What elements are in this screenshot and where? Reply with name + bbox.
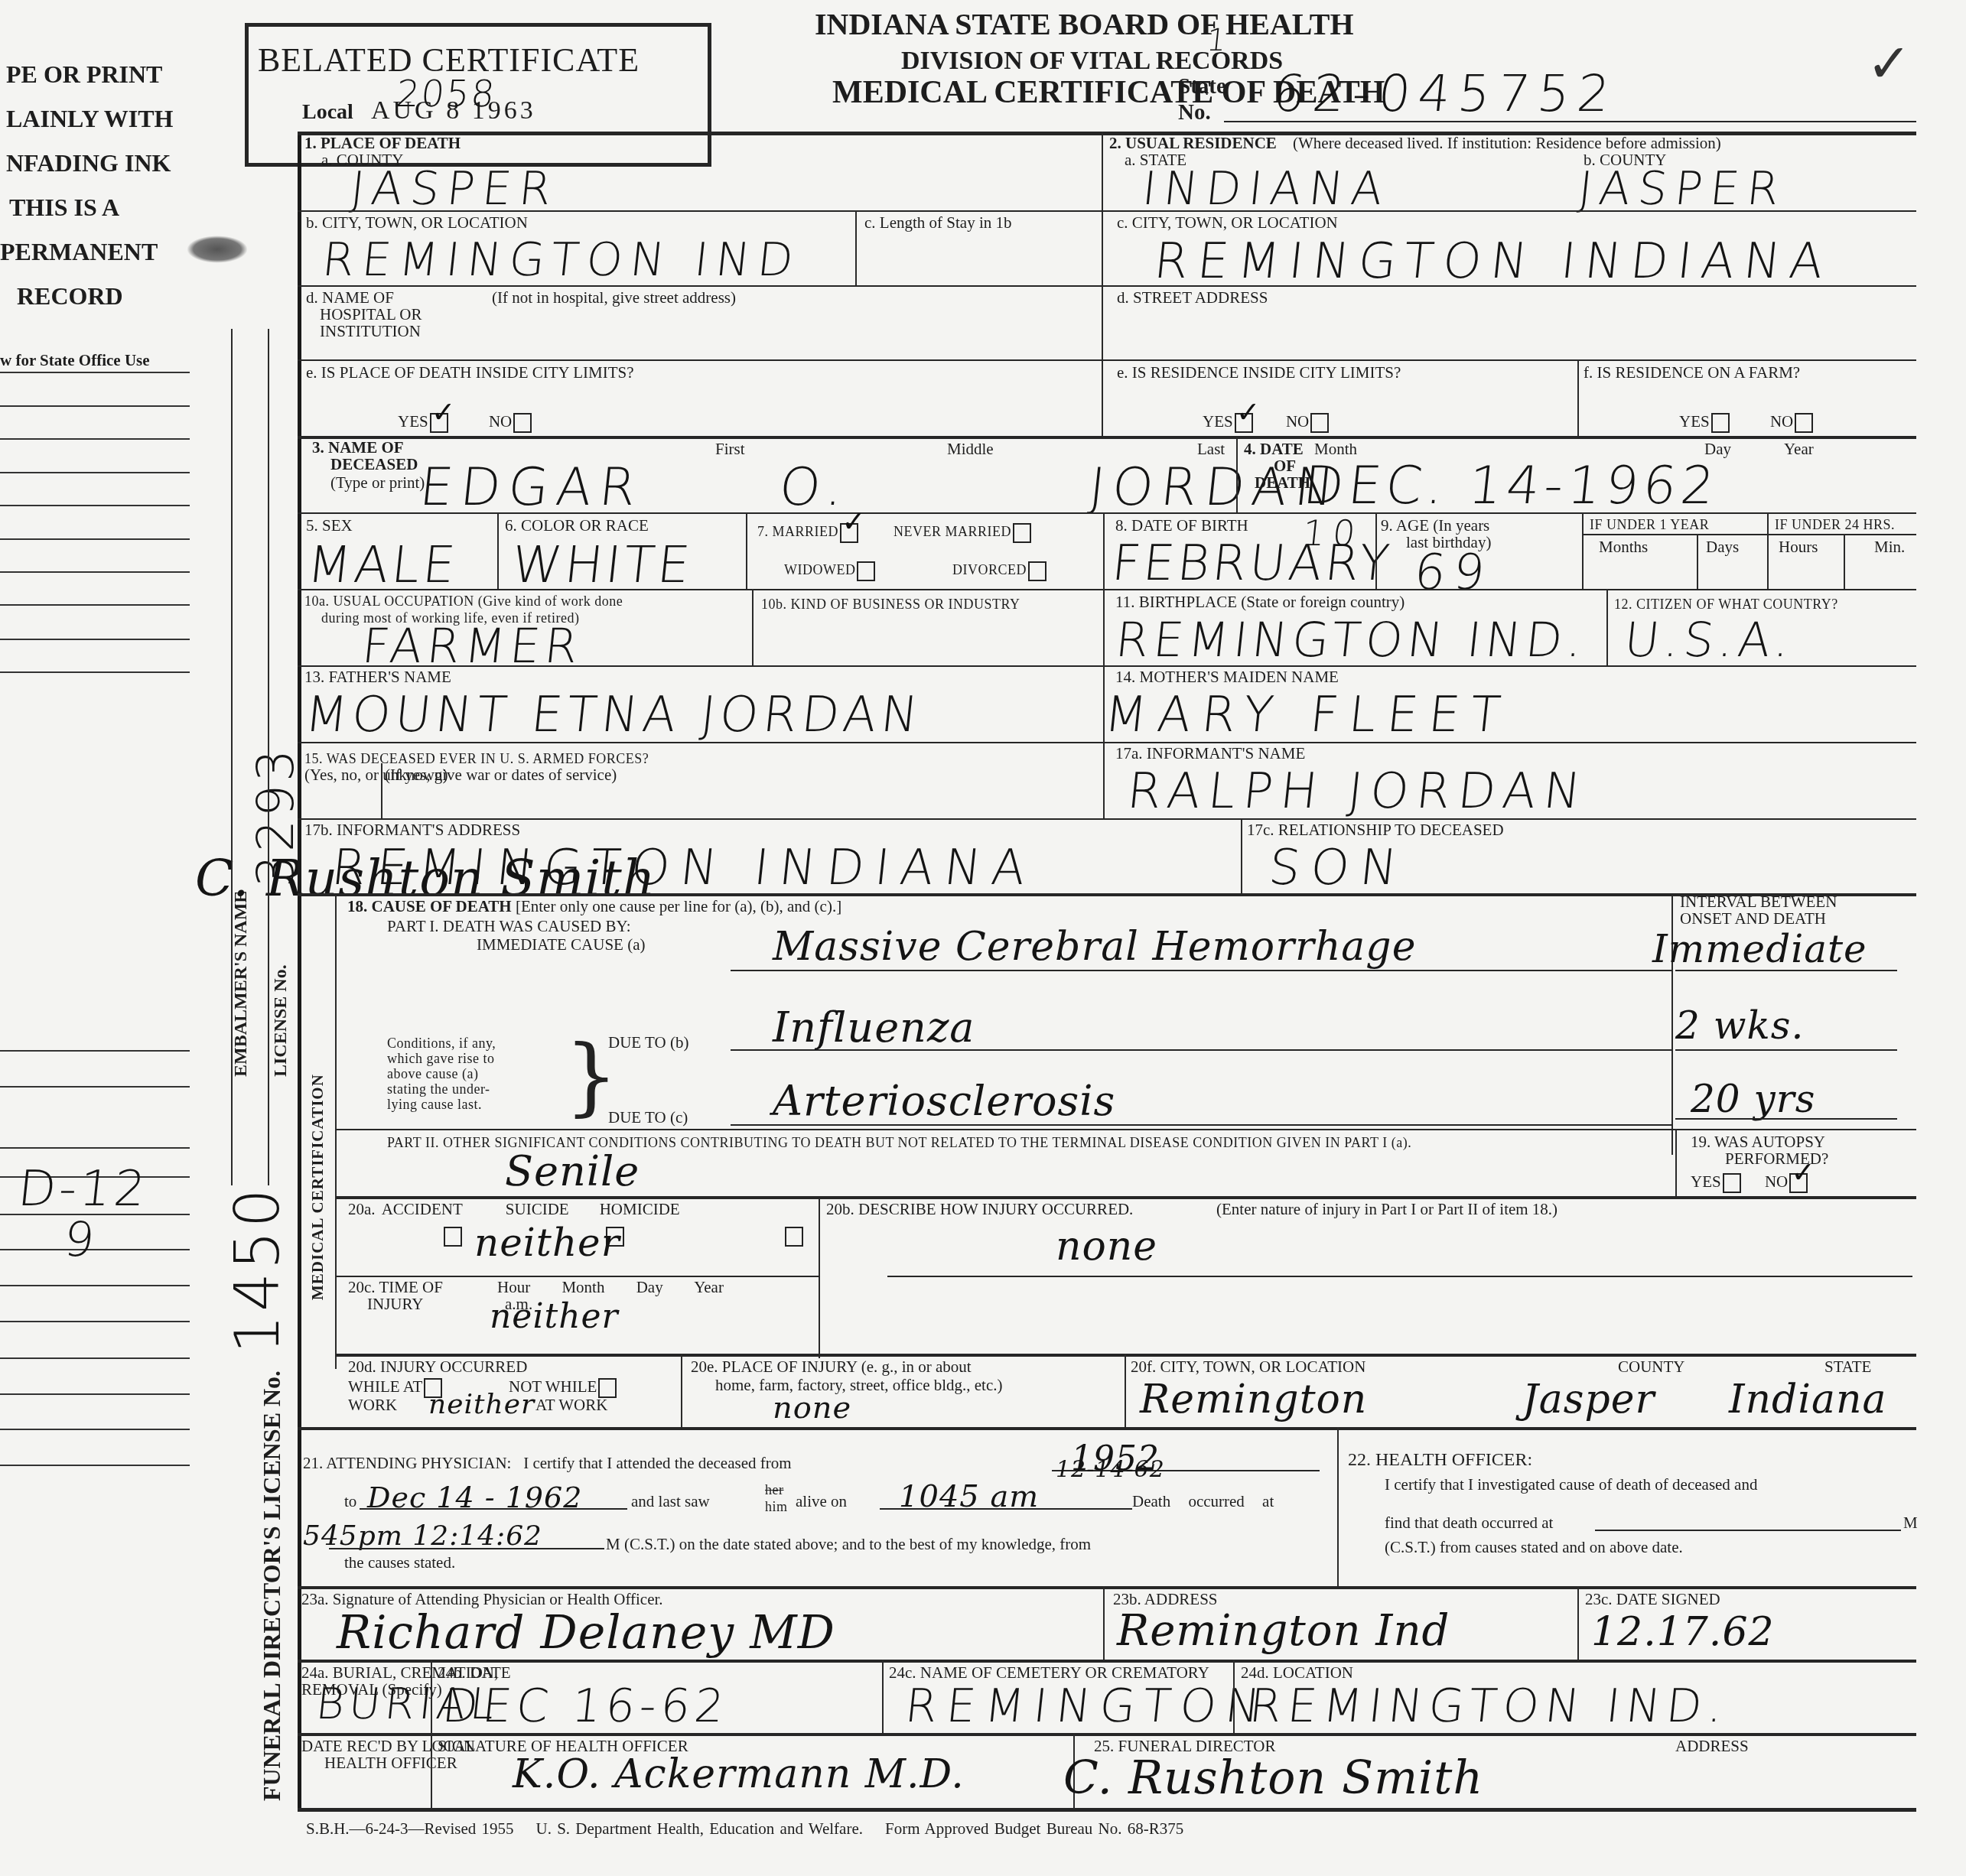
residence-county-value: JASPER [1576, 162, 1789, 216]
farm-label: f. IS RESIDENCE ON A FARM? [1584, 364, 1800, 382]
never-married-checkbox[interactable] [1013, 523, 1031, 543]
occupation-label: 10a. USUAL OCCUPATION (Give kind of work… [304, 593, 623, 609]
marital-married: 7. MARRIED [757, 523, 858, 543]
hours-label: Hours [1779, 538, 1818, 556]
health-officer-cst: (C.S.T.) from causes stated and on above… [1385, 1539, 1683, 1556]
due-c-label: DUE TO (c) [608, 1109, 688, 1127]
place-of-injury-value: none [773, 1390, 851, 1426]
header-board: INDIANA STATE BOARD OF HEALTH [815, 14, 1354, 34]
farm-no-checkbox[interactable] [1795, 413, 1813, 433]
describe-injury-note: (Enter nature of injury in Part I or Par… [1216, 1201, 1558, 1218]
state-no-label-2: No. [1178, 102, 1211, 123]
injury-type-value: neither [474, 1221, 620, 1265]
married-checkbox[interactable] [840, 523, 858, 543]
dob-day-value: 10 [1300, 512, 1365, 554]
autopsy-yes-checkbox[interactable] [1723, 1173, 1741, 1193]
days-label: Days [1706, 538, 1739, 556]
injury-occurred-label: 20d. INJURY OCCURRED [348, 1358, 527, 1376]
informant-address-value: REMINGTON INDIANA [329, 840, 1039, 896]
father-value: MOUNT ETNA JORDAN [302, 687, 926, 743]
residence-city-value: REMINGTON INDIANA [1151, 233, 1835, 290]
instruction-line: LAINLY WITH [6, 109, 173, 129]
physician-line-1: 21. ATTENDING PHYSICIAN: I certify that … [303, 1455, 792, 1472]
conditions-note: Conditions, if any, which gave rise to a… [387, 1036, 496, 1112]
not-while-at-work-label-2: AT WORK [535, 1396, 607, 1414]
time-of-injury-label: 20c. TIME OF [348, 1279, 443, 1296]
informant-name-value: RALPH JORDAN [1125, 763, 1591, 820]
injury-type-labels: 20a. ACCIDENTSUICIDEHOMICIDE [348, 1201, 680, 1218]
license-value: 3293 [246, 746, 305, 887]
autopsy-label: 19. WAS AUTOPSY [1691, 1133, 1825, 1151]
interval-label: INTERVAL BETWEEN [1680, 893, 1837, 911]
funeral-director-address-label: ADDRESS [1675, 1738, 1749, 1755]
approval-label: Form Approved Budget Bureau No. 68-R375 [885, 1819, 1183, 1838]
physician-statement-2: the causes stated. [344, 1554, 455, 1572]
due-b-value: Influenza [773, 1003, 975, 1052]
dod-label-2: OF [1274, 457, 1296, 475]
immediate-cause-label: IMMEDIATE CAUSE (a) [477, 936, 645, 954]
funeral-director-signature: C. Rushton Smith [1063, 1751, 1483, 1805]
mark-1: 1 [1205, 23, 1235, 58]
part1-label: PART I. DEATH WAS CAUSED BY: [387, 918, 630, 935]
injury-city-label: 20f. CITY, TOWN, OR LOCATION [1131, 1358, 1365, 1376]
cemetery-value: REMINGTON [903, 1679, 1271, 1733]
health-officer-m: M [1903, 1514, 1918, 1532]
farm-options: YES NO [1679, 413, 1813, 433]
attended-to-value: Dec 14 - 1962 [367, 1481, 582, 1514]
last-seen-value: 1045 am [899, 1479, 1039, 1514]
armed-forces-sub2: (If yes, give war or dates of service) [385, 766, 617, 784]
place-of-injury-label-2: home, farm, factory, street, office bldg… [715, 1377, 1003, 1394]
burial-location-value: REMINGTON IND. [1247, 1679, 1731, 1733]
informant-address-label: 17b. INFORMANT'S ADDRESS [304, 821, 520, 839]
sex-value: MALE [304, 535, 461, 594]
state-office-use-label: w for State Office Use [0, 352, 150, 369]
health-officer-label: 22. HEALTH OFFICER: [1348, 1452, 1532, 1469]
name-label: 3. NAME OF [312, 439, 404, 457]
under-24-hrs-label: IF UNDER 24 HRS. [1775, 517, 1895, 532]
usual-residence-note: (Where deceased lived. If institution: R… [1293, 135, 1721, 152]
death-occurred-label: Death occurred at [1132, 1493, 1274, 1510]
last-seen-date: 12-14-62 [1056, 1456, 1165, 1483]
stamp-local-label: Local [302, 102, 353, 122]
father-label: 13. FATHER'S NAME [304, 668, 451, 686]
residence-city-label: c. CITY, TOWN, OR LOCATION [1117, 214, 1338, 232]
widowed-checkbox[interactable] [857, 561, 875, 581]
citizen-label: 12. CITIZEN OF WHAT COUNTRY? [1614, 597, 1838, 612]
death-city-limits-no-checkbox[interactable] [513, 413, 532, 433]
form-footer: S.B.H.—6-24-3—Revised 1955 U. S. Departm… [306, 1820, 1183, 1838]
age-value: 69 [1411, 545, 1495, 601]
state-no-value: 62-045752 [1270, 64, 1620, 123]
time-of-injury-value: neither [490, 1297, 619, 1336]
race-label: 6. COLOR OR RACE [505, 517, 649, 535]
name-label-3: (Type or print) [330, 474, 425, 492]
hospital-label: d. NAME OF [306, 289, 394, 307]
city-label: b. CITY, TOWN, OR LOCATION [306, 214, 528, 232]
injury-county-label: COUNTY [1618, 1358, 1685, 1376]
health-officer-found: find that death occurred at [1385, 1514, 1553, 1532]
her-label: her [765, 1482, 783, 1497]
injury-state-value: Indiana [1729, 1377, 1886, 1422]
due-b-label: DUE TO (b) [608, 1034, 688, 1052]
min-label: Min. [1874, 538, 1905, 556]
margin-annotation-d12: D-12 [15, 1161, 151, 1218]
death-city-limits-label: e. IS PLACE OF DEATH INSIDE CITY LIMITS? [306, 364, 634, 382]
informant-name-label: 17a. INFORMANT'S NAME [1115, 745, 1305, 762]
stamp-local-number: 2058 [394, 73, 498, 115]
injury-city-value: Remington [1140, 1377, 1367, 1422]
interval-c-value: 20 yrs [1691, 1077, 1815, 1121]
marital-divorced: DIVORCED [952, 561, 1046, 581]
autopsy-no-checkbox[interactable] [1789, 1173, 1808, 1193]
time-columns: Hour Month Day Year [497, 1279, 724, 1296]
residence-state-value: INDIANA [1140, 162, 1393, 216]
death-county-value: JASPER [348, 162, 561, 216]
embalmers-name-label: EMBALMER'S NAME [231, 891, 252, 1077]
instruction-line: THIS IS A [9, 197, 119, 218]
interval-label-2: ONSET AND DEATH [1680, 910, 1826, 928]
autopsy-options: YES NO [1691, 1173, 1808, 1193]
length-of-stay-label: c. Length of Stay in 1b [864, 214, 1011, 232]
cause-title: 18. CAUSE OF DEATH [Enter only one cause… [347, 898, 841, 915]
year-label: Year [1784, 441, 1814, 458]
injury-state-label: STATE [1824, 1358, 1871, 1376]
date-signed-label: 23c. DATE SIGNED [1585, 1591, 1720, 1608]
last-saw-label: and last saw [631, 1493, 710, 1510]
margin-annotation-9: 9 [61, 1211, 105, 1267]
interval-b-value: 2 wks. [1675, 1003, 1804, 1048]
health-officer-signature: K.O. Ackermann M.D. [513, 1751, 965, 1797]
relationship-label: 17c. RELATIONSHIP TO DECEASED [1247, 821, 1504, 839]
months-label: Months [1599, 538, 1648, 556]
physician-address-value: Remington Ind [1117, 1606, 1450, 1656]
hospital-note: (If not in hospital, give street address… [492, 289, 736, 307]
street-address-label: d. STREET ADDRESS [1117, 289, 1268, 307]
seal-icon [187, 236, 248, 263]
form-number: S.B.H.—6-24-3—Revised 1955 [306, 1819, 514, 1838]
place-of-death-title: 1. PLACE OF DEATH [304, 135, 461, 152]
immediate-cause-value: Massive Cerebral Hemorrhage [773, 924, 1416, 970]
while-at-work-label-2: WORK [348, 1396, 397, 1414]
describe-injury-label: 20b. DESCRIBE HOW INJURY OCCURRED. [826, 1201, 1133, 1218]
state-no-label: State [1178, 76, 1226, 97]
marital-never: NEVER MARRIED [893, 523, 1031, 543]
sex-label: 5. SEX [306, 517, 353, 535]
mother-value: MARY FLEET [1102, 687, 1514, 743]
usual-residence-title: 2. USUAL RESIDENCE [1109, 135, 1277, 152]
death-city-limits-options: YES NO [398, 413, 532, 433]
deceased-first-name: EDGAR [417, 457, 646, 518]
describe-injury-value: none [1056, 1224, 1157, 1270]
marital-widowed: WIDOWED [784, 561, 875, 581]
physician-signature: Richard Delaney MD [337, 1606, 835, 1660]
first-label: First [715, 441, 745, 458]
death-time-value: 545pm 12:14:62 [303, 1520, 542, 1552]
instruction-line: RECORD [17, 286, 123, 307]
license-label: LICENSE No. [271, 964, 291, 1077]
middle-label: Middle [947, 441, 994, 458]
hospital-label-3: INSTITUTION [320, 323, 421, 340]
alive-on-label: alive on [796, 1493, 847, 1510]
dod-label-3: DEATH [1255, 474, 1310, 492]
death-city-value: REMINGTON IND [320, 233, 803, 287]
mother-label: 14. MOTHER'S MAIDEN NAME [1115, 668, 1339, 686]
armed-forces-label: 15. WAS DECEASED EVER IN U. S. ARMED FOR… [304, 751, 649, 766]
dod-label: 4. DATE [1244, 441, 1304, 458]
birthplace-label: 11. BIRTHPLACE (State or foreign country… [1115, 593, 1405, 611]
hospital-label-2: HOSPITAL OR [320, 306, 422, 324]
funeral-director-license-label: FUNERAL DIRECTOR'S LICENSE No. [262, 1370, 282, 1801]
under-1-year-label: IF UNDER 1 YEAR [1590, 517, 1709, 532]
due-c-value: Arteriosclerosis [773, 1077, 1115, 1125]
last-label: Last [1197, 441, 1225, 458]
physician-statement: M (C.S.T.) on the date stated above; and… [606, 1536, 1091, 1553]
burial-date-value: DEC 16-62 [440, 1679, 731, 1733]
time-of-injury-label-2: INJURY [367, 1296, 424, 1313]
funeral-director-license-value: 1450 [222, 1185, 293, 1354]
him-label: him [765, 1499, 788, 1514]
instruction-line: PERMANENT [0, 242, 158, 262]
interval-a-value: Immediate [1652, 927, 1867, 971]
place-of-injury-label: 20e. PLACE OF INJURY (e. g., in or about [691, 1358, 972, 1376]
date-recd-label-2: HEALTH OFFICER [324, 1754, 457, 1772]
residence-city-limits-options: YES NO [1203, 413, 1329, 433]
date-signed-value: 12.17.62 [1591, 1609, 1775, 1655]
residence-city-limits-yes-checkbox[interactable] [1235, 413, 1253, 433]
instruction-line: NFADING INK [6, 153, 171, 174]
instruction-line: PE OR PRINT [6, 64, 162, 85]
residence-city-limits-no-checkbox[interactable] [1310, 413, 1329, 433]
medical-certification-label: MEDICAL CERTIFICATION [309, 1074, 327, 1300]
divorced-checkbox[interactable] [1028, 561, 1046, 581]
department-label: U. S. Department Health, Education and W… [536, 1819, 863, 1838]
checkmark-icon: ✓ [1867, 32, 1912, 95]
dob-label: 8. DATE OF BIRTH [1115, 517, 1248, 535]
injury-occurred-value: neither [428, 1389, 535, 1420]
accident-checkbox[interactable] [444, 1227, 462, 1247]
birthplace-value: REMINGTON IND. [1113, 612, 1590, 668]
citizen-value: U.S.A. [1622, 612, 1797, 668]
date-of-death-value: DEC. 14-1962 [1300, 456, 1721, 516]
business-label: 10b. KIND OF BUSINESS OR INDUSTRY [761, 597, 1020, 612]
to-label: to [344, 1493, 356, 1510]
race-value: WHITE [509, 535, 695, 594]
farm-yes-checkbox[interactable] [1711, 413, 1730, 433]
health-officer-statement: I certify that I investigated cause of d… [1385, 1476, 1757, 1494]
age-label: 9. AGE (In years [1381, 517, 1489, 535]
death-city-limits-yes-checkbox[interactable] [430, 413, 448, 433]
injury-county-value: Jasper [1522, 1377, 1655, 1422]
stamp-title: BELATED CERTIFICATE [258, 50, 640, 70]
name-label-2: DECEASED [330, 456, 418, 473]
part2-value: Senile [505, 1147, 640, 1195]
homicide-checkbox[interactable] [785, 1227, 803, 1247]
relationship-value: SON [1266, 840, 1411, 896]
residence-city-limits-label: e. IS RESIDENCE INSIDE CITY LIMITS? [1117, 364, 1401, 382]
